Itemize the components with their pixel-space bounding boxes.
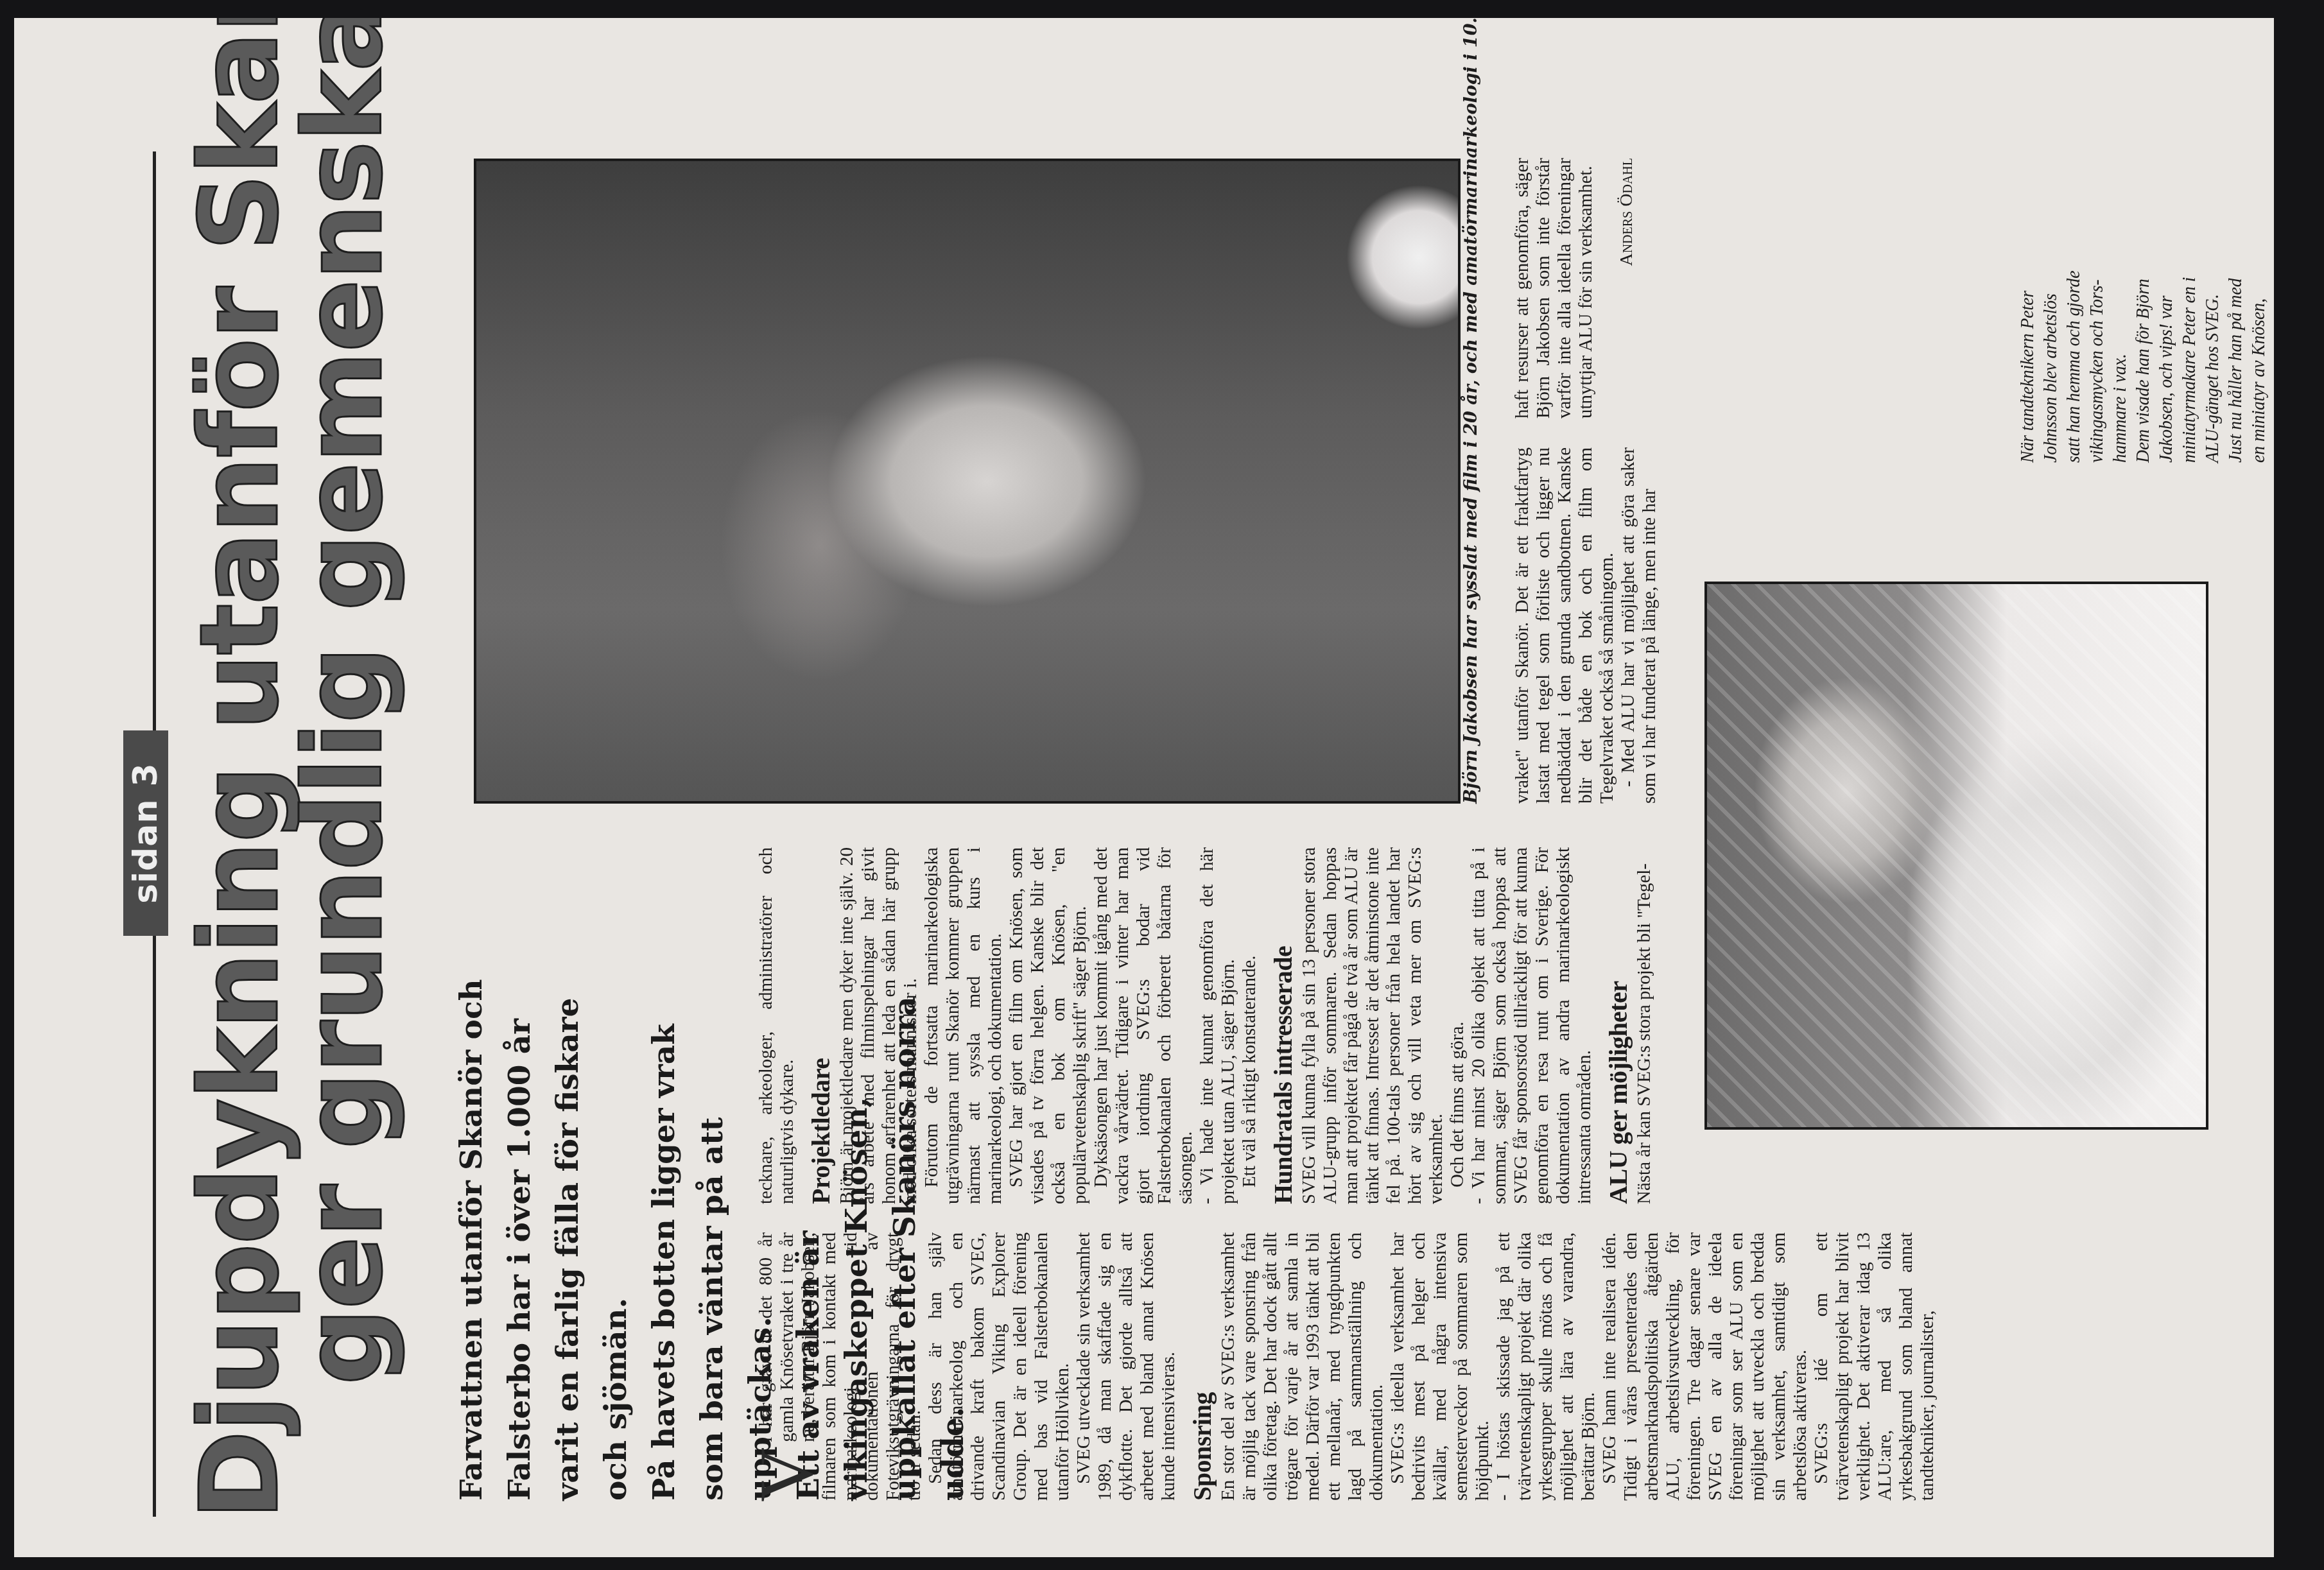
caption-line: Dem visade han för Björn Jakobsen, och v… xyxy=(2131,268,2224,463)
portrait-photo-caption: Björn Jakobsen har sysslat med film i 20… xyxy=(1461,155,1482,804)
article-column-3: vraket" utanför Skanör. Det är ett frakt… xyxy=(1512,447,1660,804)
article-paragraph: vraket" utanför Skanör. Det är ett frakt… xyxy=(1512,447,1618,804)
article-paragraph: SVEG:s ideella verksamhet har bedrivits … xyxy=(1387,1232,1493,1501)
section-tab: sidan 3 xyxy=(123,730,168,936)
article-paragraph: Förutom de fortsatta marinarkeologiska u… xyxy=(921,847,1006,1204)
workbench-photo-alt: Peter Johnsson arbetar med miniatyrer vi… xyxy=(2205,1112,2206,1127)
article-paragraph: SVEG vill kunna fylla på sin 13 personer… xyxy=(1299,847,1447,1204)
headline-line-1: Djupdykning utanför Skanör xyxy=(187,108,291,1520)
article-paragraph: - I höstas skissade jag på ett tvärveten… xyxy=(1493,1232,1599,1501)
article-paragraph: SVEG:s idé om ett tvärvetenskapligt proj… xyxy=(1811,1232,1938,1501)
article-column-2: tecknare, arkeologer, administratörer oc… xyxy=(756,847,1655,1204)
newspaper-scan: sidan 3 Djupdykning utanför Skanör ger g… xyxy=(14,18,2274,1557)
article-paragraph: Nästa år kan SVEG:s stora projekt bli "T… xyxy=(1634,847,1655,1204)
article-paragraph: tecknare, arkeologer, administratörer oc… xyxy=(756,847,798,1204)
headline: Djupdykning utanför Skanör ger grundlig … xyxy=(187,108,395,1520)
article-paragraph: Dyksäsongen har just kommit igång med de… xyxy=(1091,847,1197,1204)
article-paragraph: - Vi har minst 20 olika objekt att titta… xyxy=(1468,847,1595,1204)
article-paragraph: - Med ALU har vi möjlighet att göra sake… xyxy=(1618,447,1660,804)
workbench-photo-caption: När tandteknikern Peter Johnsson blev ar… xyxy=(2016,268,2324,463)
article-column-1: Vi har grävt ut det 800 år gamla Knösetv… xyxy=(756,1232,1938,1501)
article-paragraph: - Vi hade inte kunnat genomföra det här … xyxy=(1197,847,1239,1204)
subheading-projektledare: Projektledare xyxy=(807,847,835,1204)
article-paragraph: haft resurser att genomföra, säger Björn… xyxy=(1512,158,1597,418)
drop-cap: V xyxy=(756,1447,817,1502)
subheading-sponsring: Sponsring xyxy=(1188,1232,1217,1501)
article-paragraph: SVEG hann inte realisera idén. Tidigt i … xyxy=(1599,1232,1811,1501)
workbench-photo: Peter Johnsson arbetar med miniatyrer vi… xyxy=(1704,582,2208,1130)
caption-line: När tandteknikern Peter Johnsson blev ar… xyxy=(2016,268,2131,463)
newspaper-page: sidan 3 Djupdykning utanför Skanör ger g… xyxy=(27,37,2274,1570)
portrait-photo: Porträtt av Björn Jakobsen i profil xyxy=(474,159,1461,804)
portrait-photo-alt: Porträtt av Björn Jakobsen i profil xyxy=(1457,792,1458,801)
article-paragraph: SVEG utvecklade sin verksamhet 1989, då … xyxy=(1073,1232,1179,1501)
author-byline: Anders Ödahl xyxy=(1616,158,1637,418)
subheading-alu-ger-mojligheter: ALU ger möjligheter xyxy=(1604,847,1633,1204)
article-paragraph: En stor del av SVEG:s verksamhet är möjl… xyxy=(1218,1232,1387,1501)
article-paragraph: Ett väl så riktigt konstaterande. xyxy=(1239,847,1260,1204)
article-column-4: haft resurser att genomföra, säger Björn… xyxy=(1512,158,1637,418)
headline-line-2: ger grundlig gemenskap xyxy=(291,108,395,1520)
article-paragraph: SVEG har gjort en film om Knösen, som vi… xyxy=(1006,847,1091,1204)
article-paragraph: Sedan dess är han själv amatörmarinarkeo… xyxy=(925,1232,1073,1501)
article-paragraph: Björn är projektledare men dyker inte sj… xyxy=(837,847,921,1204)
article-paragraph: Och det finns att göra. xyxy=(1447,847,1468,1204)
subheading-hundratals-intresserade: Hundratals intresserade xyxy=(1269,847,1297,1204)
intro-paragraph: Farvattnen utanför Skanör och Falsterbo … xyxy=(447,968,640,1501)
caption-line: Just nu håller han på med en miniatyr av… xyxy=(2224,268,2324,463)
